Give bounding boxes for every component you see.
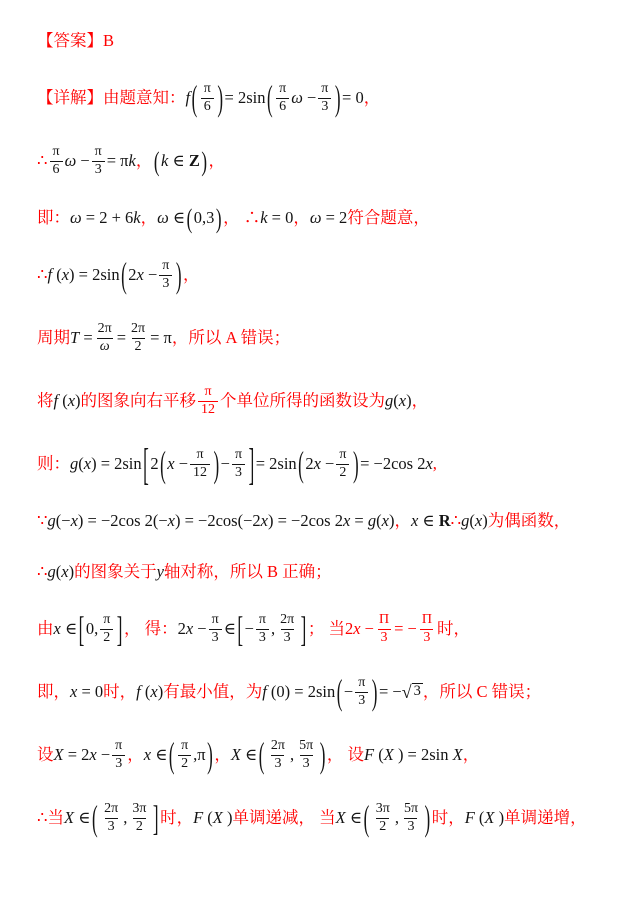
math-run: 2x − (345, 619, 374, 640)
stretched-delimiter: ) (207, 737, 213, 773)
stretched-delimiter: ) (214, 445, 220, 482)
math-run: k = 0 (260, 208, 293, 229)
text-run: ， (412, 391, 429, 412)
stretched-delimiter: ( (259, 737, 265, 773)
math-run: f (x) (136, 682, 163, 703)
text-run: ， (183, 265, 200, 286)
math-run: F (X ) = 2sin X (364, 745, 463, 766)
stretched-delimiter: ] (301, 611, 307, 647)
math-run: ∴ (451, 511, 462, 532)
fraction: π3 (92, 144, 105, 178)
math-run: x ∈ (54, 619, 78, 640)
text-run: 单调递增， (504, 808, 587, 829)
solution-line-4: 即： ω = 2 + 6k ， ω ∈(0,3)， ∴ k = 0 ， ω = … (37, 207, 634, 229)
stretched-delimiter: ( (154, 147, 160, 174)
text-run: ， (127, 745, 144, 766)
text-run: 周期 (37, 328, 70, 349)
text-run: 有最小值，为 (163, 682, 262, 703)
solution-line-2: 【详解】由题意知： f (π6) = 2sin(π6ω − π3) = 0 ， (37, 81, 634, 115)
solution-line-9: ∵ g(−x) = −2cos 2(−x) = −2cos(−2x) = −2c… (37, 510, 634, 532)
solution-line-6: 周期T = 2πω = 2π2 = π，所以 A 错误； (37, 321, 634, 355)
solution-line-1: 【答案】B (37, 30, 634, 52)
solution-line-14: ∴当X ∈(2π3,3π2]时， F (X )单调递减， 当X ∈(3π2,5π… (37, 801, 634, 835)
text-run: ， (136, 151, 153, 172)
text-run: 单调递减， 当 (233, 808, 336, 829)
fraction: π6 (50, 144, 63, 178)
math-run: 2x − (178, 619, 207, 640)
solution-line-3: ∴ π6ω − π3 = πk ， (k ∈ Z)， (37, 144, 634, 178)
square-root: √3 (402, 683, 423, 701)
solution-line-13: 设X = 2x − π3， x ∈(π2,π)， X ∈(2π3,5π3)， 设… (37, 738, 634, 772)
math-run: , (123, 808, 127, 829)
fraction: π2 (178, 738, 191, 772)
stretched-delimiter: ] (153, 800, 159, 836)
math-run: 2 (150, 454, 158, 475)
math-run: ∴ (37, 151, 48, 172)
fraction: π3 (355, 675, 368, 709)
text-run: ， (293, 208, 310, 229)
math-solution-document: 【答案】B【详解】由题意知： f (π6) = 2sin(π6ω − π3) =… (0, 0, 642, 835)
math-run: X ∈ (336, 808, 362, 829)
stretched-delimiter: ) (201, 147, 207, 174)
stretched-delimiter: [ (143, 442, 149, 486)
stretched-delimiter: ] (117, 611, 123, 647)
text-run: ， (394, 511, 411, 532)
math-run: x = 0 (70, 682, 103, 703)
text-run: ， 设 (327, 745, 364, 766)
text-run: 时， (103, 682, 136, 703)
math-run: x ∈ (144, 745, 168, 766)
stretched-delimiter: ( (121, 257, 127, 293)
math-run: ω − (291, 88, 316, 109)
text-run: 【答案】B (37, 31, 114, 52)
stretched-delimiter: ( (267, 80, 273, 116)
math-run: g(x) (48, 562, 75, 583)
math-run: g(−x) = −2cos 2(−x) = −2cos(−2x) = −2cos… (48, 511, 395, 532)
stretched-delimiter: [ (237, 611, 243, 647)
stretched-delimiter: ( (187, 204, 193, 231)
math-run: x ∈ R (411, 511, 451, 532)
stretched-delimiter: ( (192, 80, 198, 116)
fraction: π3 (232, 447, 245, 481)
text-run: 符合题意， (347, 208, 430, 229)
math-run: = 0 (342, 88, 364, 109)
text-run: 即： (37, 208, 70, 229)
solution-line-12: 即， x = 0时， f (x)有最小值，为f (0) = 2sin(−π3) … (37, 675, 634, 709)
math-run: T = (70, 328, 93, 349)
text-run: 当 (48, 808, 65, 829)
math-run: = 2sin (225, 88, 266, 109)
math-run: , (271, 619, 275, 640)
math-run: g(x) (461, 511, 488, 532)
math-run: F (X ) (465, 808, 504, 829)
math-run: ∴ (37, 562, 48, 583)
solution-line-5: ∴ f (x) = 2sin(2x − π3)， (37, 258, 634, 292)
text-run: ， (364, 88, 381, 109)
stretched-delimiter: ( (92, 800, 98, 836)
math-run: ∈ (224, 619, 236, 640)
math-run: = (117, 328, 126, 349)
fraction: 5π3 (401, 801, 421, 835)
stretched-delimiter: ) (425, 800, 431, 836)
math-run: F (X ) (193, 808, 232, 829)
text-run: 的图象关于 (74, 562, 157, 583)
fraction: π3 (112, 738, 125, 772)
math-run: y (157, 562, 164, 583)
fraction: π2 (336, 447, 349, 481)
text-run: ， (214, 745, 231, 766)
math-run: = −2cos 2x (360, 454, 433, 475)
math-run: ∴ (37, 265, 48, 286)
solution-line-7: 将f (x)的图象向右平移π12个单位所得的函数设为g(x)， (37, 384, 634, 418)
math-run: f (0) = 2sin (262, 682, 335, 703)
fraction: π3 (318, 81, 331, 115)
math-run: X = 2x − (54, 745, 111, 766)
text-run: ； 当 (308, 619, 345, 640)
math-run: g(x) (385, 391, 412, 412)
stretched-delimiter: ) (176, 257, 182, 293)
math-run: ω − (65, 151, 90, 172)
solution-content: 【答案】B【详解】由题意知： f (π6) = 2sin(π6ω − π3) =… (37, 30, 634, 835)
fraction: 3π2 (373, 801, 393, 835)
text-run: 则： (37, 454, 70, 475)
math-run: x − (167, 454, 188, 475)
math-run: = − (394, 619, 417, 640)
fraction: π6 (201, 81, 214, 115)
text-run: 为偶函数， (488, 511, 571, 532)
fraction: Π3 (419, 612, 435, 646)
stretched-delimiter: ) (372, 674, 378, 710)
math-run: 0,3 (194, 208, 215, 229)
text-run: 【详解】由题意知： (37, 88, 186, 109)
text-run: 时， (160, 808, 193, 829)
text-run: ， 得： (124, 619, 178, 640)
fraction: 2π2 (128, 321, 148, 355)
math-run: ω ∈ (157, 208, 185, 229)
math-run: = π (150, 328, 172, 349)
fraction: 2π3 (101, 801, 121, 835)
math-run: − (245, 619, 254, 640)
math-run: 0, (86, 619, 98, 640)
math-run: ,π (193, 745, 205, 766)
math-run: 2x − (305, 454, 334, 475)
math-run: ω = 2 (310, 208, 347, 229)
text-run: 设 (37, 745, 54, 766)
stretched-delimiter: [ (79, 611, 85, 647)
text-run: ， (209, 151, 226, 172)
fraction: 2πω (95, 321, 115, 355)
text-run: ， (463, 745, 480, 766)
math-run: − (344, 682, 353, 703)
stretched-delimiter: ( (160, 445, 166, 482)
stretched-delimiter: ) (335, 80, 341, 116)
math-run: ∵ (37, 511, 48, 532)
math-run: − (221, 454, 230, 475)
math-run: f (x) (54, 391, 81, 412)
text-run: 时， (432, 808, 465, 829)
math-run: = − (379, 682, 402, 703)
fraction: Π3 (376, 612, 392, 646)
math-run: ∴ (37, 808, 48, 829)
fraction: 3π2 (129, 801, 149, 835)
fraction: π12 (198, 384, 218, 418)
stretched-delimiter: ] (249, 442, 255, 486)
fraction: π3 (209, 612, 222, 646)
math-run: X ∈ (231, 745, 257, 766)
math-run: = 2sin (256, 454, 297, 475)
fraction: π3 (256, 612, 269, 646)
solution-line-11: 由x ∈[0,π2]， 得： 2x − π3∈[−π3,2π3]； 当2x − … (37, 612, 634, 646)
math-run: 2x − (128, 265, 157, 286)
math-run: X ∈ (64, 808, 90, 829)
stretched-delimiter: ) (353, 446, 359, 482)
math-run: g(x) = 2sin (70, 454, 142, 475)
math-run: f (186, 88, 191, 109)
math-run: , (290, 745, 294, 766)
stretched-delimiter: ( (298, 446, 304, 482)
stretched-delimiter: ( (169, 737, 175, 773)
stretched-delimiter: ) (216, 204, 222, 231)
stretched-delimiter: ) (320, 737, 326, 773)
math-run: = πk (107, 151, 136, 172)
fraction: 2π3 (268, 738, 288, 772)
text-run: 由 (37, 619, 54, 640)
fraction: π12 (190, 447, 210, 481)
fraction: π6 (276, 81, 289, 115)
text-run: , (433, 454, 437, 475)
fraction: π2 (100, 612, 113, 646)
math-run: f (x) = 2sin (48, 265, 120, 286)
text-run: 即， (37, 682, 70, 703)
text-run: ， ∴ (223, 208, 260, 229)
math-run: ω = 2 + 6k (70, 208, 141, 229)
text-run: 轴对称，所以 B 正确； (164, 562, 332, 583)
text-run: 时， (437, 619, 470, 640)
math-run: , (395, 808, 399, 829)
text-run: 的图象向右平移 (81, 391, 197, 412)
fraction: 5π3 (296, 738, 316, 772)
solution-line-8: 则： g(x) = 2sin[2(x − π12) − π3] = 2sin(2… (37, 447, 634, 481)
stretched-delimiter: ( (364, 800, 370, 836)
text-run: 个单位所得的函数设为 (220, 391, 385, 412)
stretched-delimiter: ) (217, 80, 223, 116)
math-run: k ∈ Z (161, 151, 200, 172)
text-run: ，所以 C 错误； (423, 682, 541, 703)
text-run: ，所以 A 错误； (172, 328, 290, 349)
text-run: ， (141, 208, 158, 229)
solution-line-10: ∴ g(x)的图象关于y轴对称，所以 B 正确； (37, 561, 634, 583)
fraction: π3 (159, 258, 172, 292)
stretched-delimiter: ( (337, 674, 343, 710)
fraction: 2π3 (277, 612, 297, 646)
text-run: 将 (37, 391, 54, 412)
